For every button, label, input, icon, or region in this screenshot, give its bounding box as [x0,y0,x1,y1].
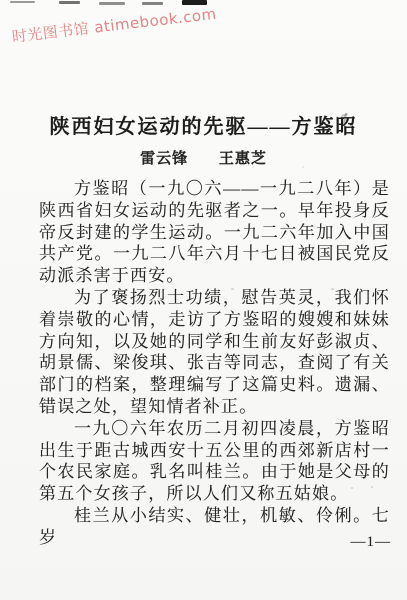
watermark: 时光图书馆 atimebook.com [11,3,218,47]
scan-artifact-dash [142,2,163,5]
scan-speck [331,288,334,290]
scan-artifact-dash [59,1,80,4]
page-number: —1— [351,534,392,551]
article-authors: 雷云锋 王惠芝 [0,147,407,168]
author-name: 王惠芝 [219,151,267,167]
watermark-text: 时光图书馆 atimebook.com [11,5,217,46]
scan-speck [371,486,373,488]
scan-speck [301,289,303,291]
scan-speck [231,288,234,290]
scan-speck [268,289,270,291]
scan-artifact-dash [99,2,125,5]
author-name: 雷云锋 [140,151,188,167]
paragraph: 桂兰从小结实、健壮，机敏、伶俐。七岁 [39,505,390,549]
paragraph: 一九〇六年农历二月初四凌晨，方鉴昭出生于距古城西安十五公里的西郊新店村一个农民家… [39,418,390,505]
scan-speck [351,487,353,489]
scanned-book-page: 时光图书馆 atimebook.com 陕西妇女运动的先驱——方鉴昭 雷云锋 王… [0,0,407,600]
article-body: 方鉴昭（一九〇六——一九二八年）是陕西省妇女运动的先驱者之一。早年投身反帝反封建… [39,178,390,549]
paragraph: 为了褒扬烈士功绩，慰告英灵，我们怀着崇敬的心情，走访了方鉴昭的嫂嫂和妹妹方向知，… [39,287,390,418]
scan-artifact-dash [10,1,35,3]
scan-speck [302,166,304,168]
paragraph: 方鉴昭（一九〇六——一九二八年）是陕西省妇女运动的先驱者之一。早年投身反帝反封建… [39,178,390,287]
